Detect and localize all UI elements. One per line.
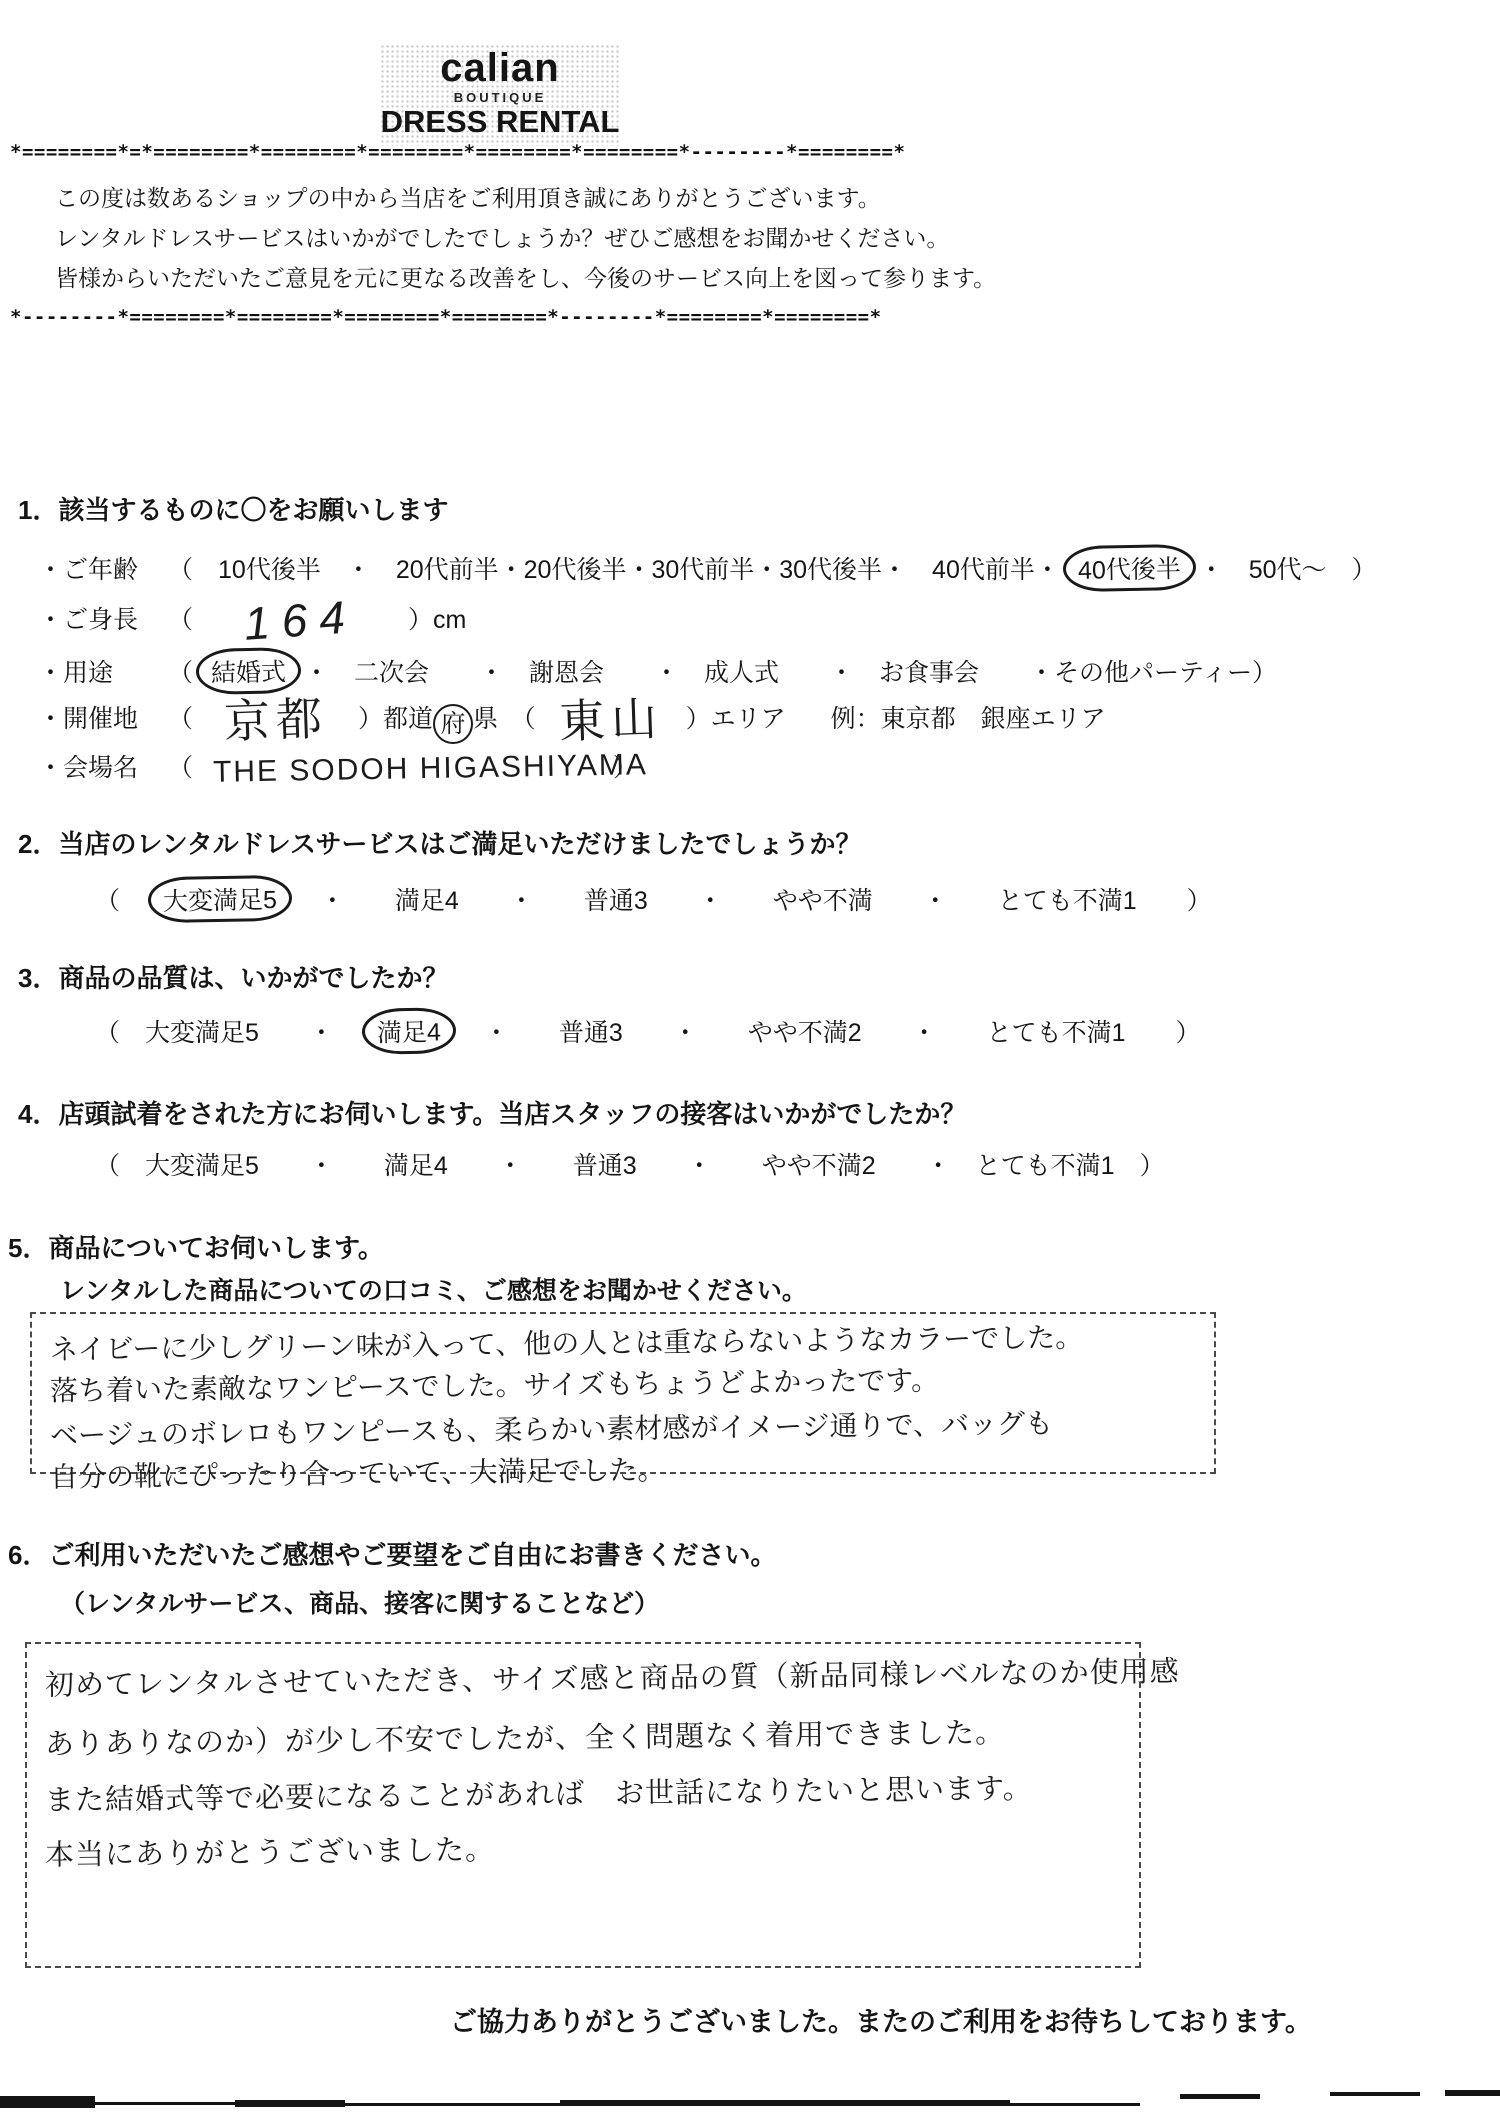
q1-area-handwritten-value: 東山 xyxy=(558,695,664,745)
q1-venue-open-paren: （ xyxy=(168,754,193,782)
q6-handwritten-line-1: 初めてレンタルさせていただき、サイズ感と商品の質（新品同様レベルなのか使用感 xyxy=(45,1649,1180,1704)
q1-venue-handwritten-value: THE SODOH HIGASHIYAMA xyxy=(213,748,648,790)
q3-circled-answer: 満足4 xyxy=(362,1007,457,1055)
q1-location-open-paren: （ xyxy=(168,705,193,733)
question6-heading: 6．ご利用いただいたご感想やご要望をご自由にお書きください。 xyxy=(8,1535,776,1572)
q1-height-row: ・ご身長（164）cm xyxy=(38,593,466,645)
q6-handwritten-line-3: また結婚式等で必要になることがあれば お世話になりたいと思います。 xyxy=(45,1766,1033,1819)
q2-options-row: （ 大変満足5 ・ 満足4 ・ 普通3 ・ やや不満 ・ とても不満1 ） xyxy=(95,876,1212,922)
q2-open-paren: （ xyxy=(95,887,145,915)
q5-handwritten-line-3: ベージュのボレロもワンピースも、柔らかい素材感がイメージ通りで、バッグも xyxy=(50,1402,1053,1454)
separator-line-top: *========*=*========*========*========*=… xyxy=(10,141,905,163)
q4-options-row: （ 大変満足5 ・ 満足4 ・ 普通3 ・ やや不満2 ・ とても不満1 ） xyxy=(95,1146,1165,1182)
scanned-survey-page: calian BOUTIQUE DRESS RENTAL *========*=… xyxy=(0,0,1500,2127)
q1-area-open-paren: （ xyxy=(523,705,536,733)
q1-prefecture-handwritten-value: 京都 xyxy=(223,695,329,745)
question2-heading: 2．当店のレンタルドレスサービスはご満足いただけましたでしょうか？ xyxy=(18,824,861,861)
footer-thanks-text: ご協力ありがとうございました。またのご利用をお待ちしております。 xyxy=(450,2000,1312,2039)
q5-handwritten-line-4: 自分の靴にぴったり合っていて、大満足でした。 xyxy=(50,1448,666,1496)
intro-line-1: この度は数あるショップの中から当店をご利用頂き誠にありがとうございます。 xyxy=(55,178,996,218)
q1-location-mid-text: ）都道 xyxy=(358,705,433,733)
scan-artifact-bar xyxy=(95,2102,235,2105)
scan-artifact-bar xyxy=(1445,2090,1500,2096)
question5-subheading: レンタルした商品についての口コミ、ご感想をお聞かせください。 xyxy=(60,1271,807,1307)
q1-location-circled-fu: 府 xyxy=(433,704,473,744)
scan-artifact-bar xyxy=(235,2100,345,2107)
q1-age-options-pre: 10代後半 ・ 20代前半・20代後半・30代前半・30代後半・ 40代前半・ xyxy=(218,556,1060,584)
scan-artifact-bar xyxy=(0,2096,95,2108)
q1-age-circled-answer: 40代後半 xyxy=(1062,544,1196,592)
scan-artifact-bar xyxy=(1010,2103,1140,2106)
brand-subtitle: BOUTIQUE xyxy=(380,90,620,105)
q1-height-handwritten-value: 164 xyxy=(242,589,358,651)
q1-purpose-options-post: ・ 二次会 ・ 謝恩会 ・ 成人式 ・ お食事会 ・その他パーティー） xyxy=(304,659,1277,687)
q1-location-example-text: 例：東京都 銀座エリア xyxy=(831,705,1106,733)
q1-location-row: ・開催地（京都）都道府県 （東山）エリア例：東京都 銀座エリア xyxy=(38,697,1106,751)
intro-paragraph: この度は数あるショップの中から当店をご利用頂き誠にありがとうございます。 レンタ… xyxy=(55,178,996,298)
q1-height-label: ・ご身長 xyxy=(38,600,168,636)
q1-area-close-paren: ）エリア xyxy=(686,705,786,733)
q1-age-label: ・ご年齢 xyxy=(38,550,168,586)
q4-options-text: （ 大変満足5 ・ 満足4 ・ 普通3 ・ やや不満2 ・ とても不満1 ） xyxy=(95,1152,1165,1180)
question1-heading: 1．該当するものに〇をお願いします xyxy=(18,490,448,527)
q2-options-rest: ・ 満足4 ・ 普通3 ・ やや不満 ・ とても不満1 ） xyxy=(295,887,1212,915)
q3-options-row: （ 大変満足5 ・ 満足4 ・ 普通3 ・ やや不満2 ・ とても不満1 ） xyxy=(95,1008,1201,1054)
q1-purpose-open-paren: （ xyxy=(168,659,193,687)
scan-artifact-bar xyxy=(1330,2092,1420,2096)
scan-artifact-bar xyxy=(560,2100,1010,2106)
q6-handwritten-line-4: 本当にありがとうございました。 xyxy=(45,1827,495,1873)
q1-age-options-post: ・ 50代〜 ） xyxy=(1199,556,1377,584)
q1-purpose-circled-answer: 結婚式 xyxy=(196,647,302,695)
intro-line-3: 皆様からいただいたご意見を元に更なる改善をし、今後のサービス向上を図って参ります… xyxy=(55,258,996,298)
q1-purpose-label: ・用途 xyxy=(38,653,168,689)
scan-artifact-bar xyxy=(345,2103,560,2106)
question6-subheading: （レンタルサービス、商品、接客に関することなど） xyxy=(60,1584,659,1620)
q2-circled-answer: 大変満足5 xyxy=(148,875,293,924)
scan-artifact-bar xyxy=(1180,2094,1260,2099)
q1-height-close-paren: ）cm xyxy=(408,606,466,634)
question4-heading: 4．店頭試着をされた方にお伺いします。当店スタッフの接客はいかがでしたか？ xyxy=(18,1094,966,1131)
q1-age-open-paren: （ xyxy=(168,556,218,584)
q1-venue-label: ・会場名 xyxy=(38,748,168,784)
brand-title: DRESS RENTAL xyxy=(358,104,642,140)
q3-options-pre: （ 大変満足5 ・ xyxy=(95,1019,359,1047)
q6-comment-box: 初めてレンタルさせていただき、サイズ感と商品の質（新品同様レベルなのか使用感 あ… xyxy=(25,1642,1141,1968)
q5-comment-box: ネイビーに少しグリーン味が入って、他の人とは重ならないようなカラーでした。 落ち… xyxy=(30,1312,1216,1474)
q1-location-label: ・開催地 xyxy=(38,699,168,735)
q6-handwritten-line-2: ありありなのか）が少し不安でしたが、全く問題なく着用できました。 xyxy=(45,1710,1005,1763)
q1-location-ken-text: 県 xyxy=(473,705,498,733)
q1-age-row: ・ご年齢（ 10代後半 ・ 20代前半・20代後半・30代前半・30代後半・ 4… xyxy=(38,545,1377,591)
brand-logo: calian xyxy=(380,46,620,91)
question3-heading: 3．商品の品質は、いかがでしたか？ xyxy=(18,958,448,995)
separator-line-bottom: *--------*========*========*========*===… xyxy=(10,306,882,328)
q3-options-post: ・ 普通3 ・ やや不満2 ・ とても不満1 ） xyxy=(459,1019,1201,1047)
q1-height-open-paren: （ xyxy=(168,606,193,634)
q1-venue-row: ・会場名（THE SODOH HIGASHIYAMA） xyxy=(38,748,638,798)
intro-line-2: レンタルドレスサービスはいかがでしたでしょうか？ぜひご感想をお聞かせください。 xyxy=(55,218,996,258)
question5-heading: 5．商品についてお伺いします。 xyxy=(8,1228,384,1265)
